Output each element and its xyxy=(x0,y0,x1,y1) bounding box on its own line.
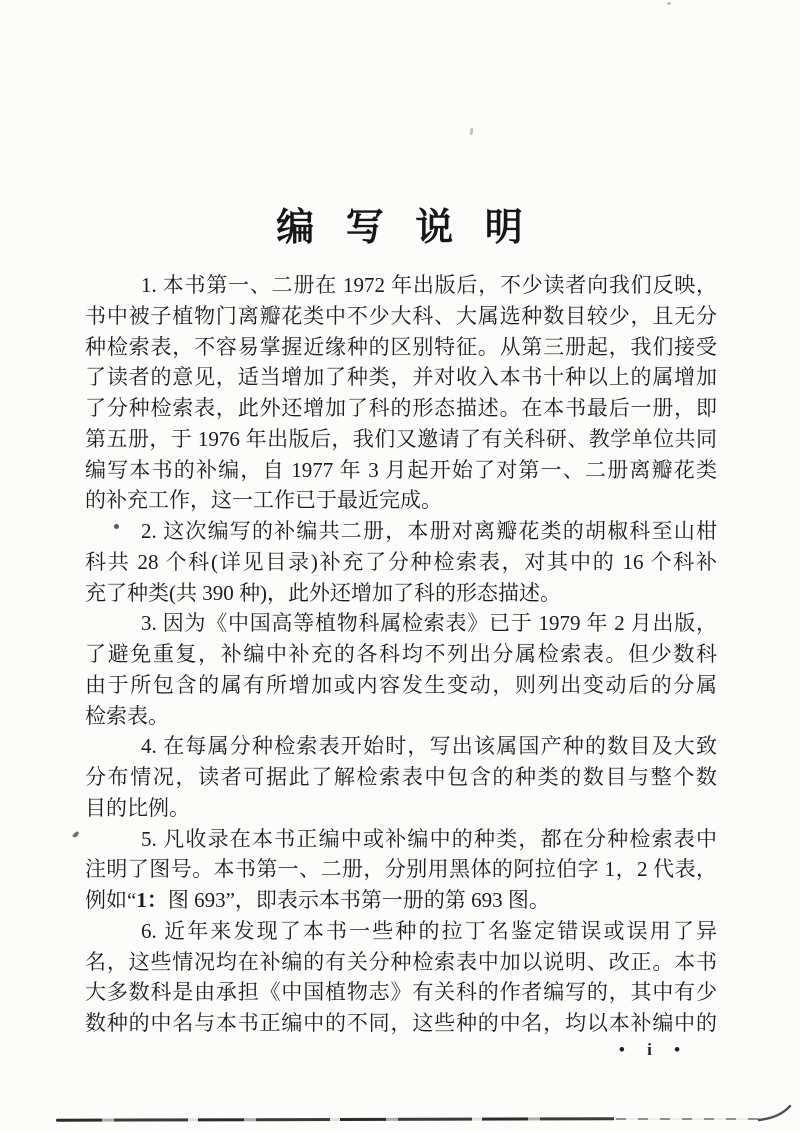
text-line: 种检索表，不容易掌握近缘种的区别特征。从第三册起，我们接受 xyxy=(85,332,717,363)
page-number: • i • xyxy=(604,1040,704,1060)
text-line: 了避免重复，补编中补充的各科均不列出分属检索表。但少数科 xyxy=(85,639,717,670)
text-line: 1. 本书第一、二册在 1972 年出版后，不少读者向我们反映，本 xyxy=(85,270,717,301)
bottom-scan-artifact xyxy=(56,1104,798,1126)
text-segment: 图 693”，即表示本书第一册的第 693 图。 xyxy=(168,888,550,912)
text-segment: 例如“ xyxy=(85,888,136,912)
text-line: 数种的中名与本书正编中的不同，这些种的中名，均以本补编中的 xyxy=(85,1008,717,1039)
text-line: 的补充工作，这一工作已于最近完成。 xyxy=(85,485,717,516)
text-line: 第五册，于 1976 年出版后，我们又邀请了有关科研、教学单位共同 xyxy=(85,424,717,455)
text-line: 分布情况，读者可据此了解检索表中包含的种类的数目与整个数 xyxy=(85,762,717,793)
text-line: 6. 近年来发现了本书一些种的拉丁名鉴定错误或误用了异 xyxy=(85,916,717,947)
text-line: 名，这些情况均在补编的有关分种检索表中加以说明、改正。本书 xyxy=(85,947,717,978)
text-line: 了分种检索表，此外还增加了科的形态描述。在本书最后一册，即 xyxy=(85,393,717,424)
text-line: 编写本书的补编，自 1977 年 3 月起开始了对第一、二册离瓣花类 xyxy=(85,455,717,486)
text-line: 5. 凡收录在本书正编中或补编中的种类，都在分种检索表中 xyxy=(85,824,717,855)
text-line: 充了种类(共 390 种)，此外还增加了科的形态描述。 xyxy=(85,578,717,609)
text-line: 2. 这次编写的补编共二册，本册对离瓣花类的胡椒科至山柑 xyxy=(85,516,717,547)
scan-speck xyxy=(667,2,671,5)
scan-line-faint xyxy=(616,1118,766,1120)
text-line: 检索表。 xyxy=(85,701,717,732)
scan-line-curl xyxy=(758,1104,796,1124)
text-line: 大多数科是由承担《中国植物志》有关科的作者编写的，其中有少 xyxy=(85,977,717,1008)
scan-line xyxy=(56,1117,616,1121)
text-line: 目的比例。 xyxy=(85,793,717,824)
text-line: 了读者的意见，适当增加了种类，并对收入本书十种以上的属增加 xyxy=(85,362,717,393)
bold-figure-number: 1： xyxy=(136,888,168,912)
text-line: 书中被子植物门离瓣花类中不少大科、大属选种数目较少，且无分 xyxy=(85,301,717,332)
text-line: 注明了图号。本书第一、二册，分别用黑体的阿拉伯字 1，2 代表， xyxy=(85,854,717,885)
text-line: 由于所包含的属有所增加或内容发生变动，则列出变动后的分属 xyxy=(85,670,717,701)
text-line: 4. 在每属分种检索表开始时，写出该属国产种的数目及大致 xyxy=(85,731,717,762)
page-title: 编 写 说 明 xyxy=(0,196,800,251)
scan-dot-artifact xyxy=(114,524,119,529)
body-text: 1. 本书第一、二册在 1972 年出版后，不少读者向我们反映，本 书中被子植物… xyxy=(85,270,717,1039)
text-line: 例如“1：图 693”，即表示本书第一册的第 693 图。 xyxy=(85,885,717,916)
scan-speck xyxy=(470,128,474,135)
text-line: 科共 28 个科(详见目录)补充了分种检索表，对其中的 16 个科补 xyxy=(85,547,717,578)
scan-mark-artifact xyxy=(72,831,80,839)
scanned-book-page: 编 写 说 明 1. 本书第一、二册在 1972 年出版后，不少读者向我们反映，… xyxy=(0,0,800,1131)
text-line: 3. 因为《中国高等植物科属检索表》已于 1979 年 2 月出版，为 xyxy=(85,608,717,639)
